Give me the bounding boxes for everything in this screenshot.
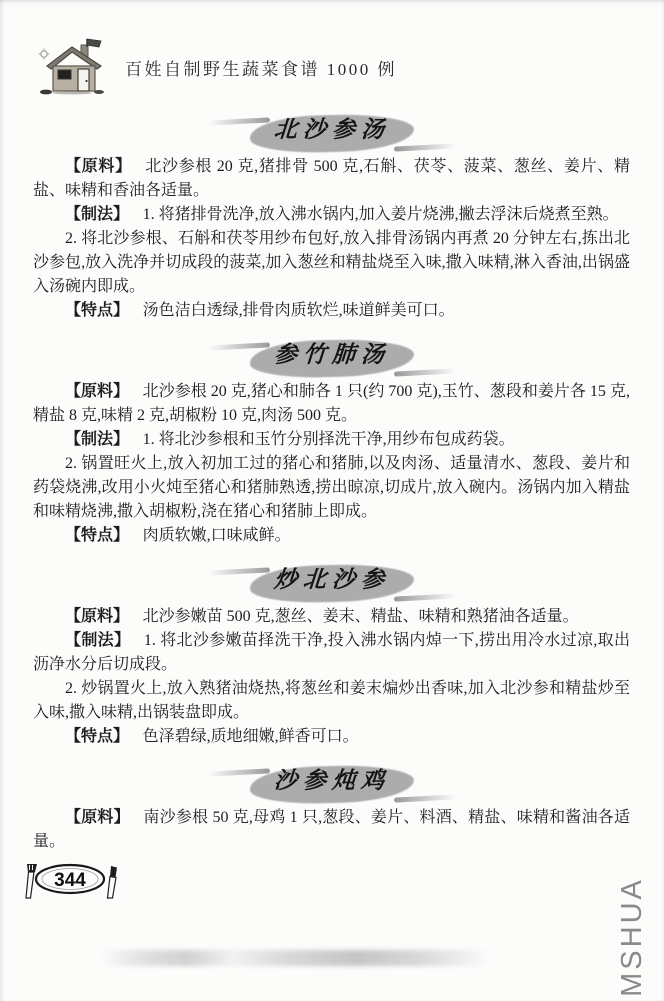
recipe-title: 炒北沙参 (272, 561, 391, 599)
paragraph-text: 北沙参嫩苗 500 克,葱丝、姜末、精盐、味精和熟猪油各适量。 (143, 608, 579, 625)
paragraph-text: 1. 将猪排骨洗净,放入沸水锅内,加入姜片烧沸,撇去浮沫后烧煮至熟。 (143, 206, 619, 223)
paragraph-label: 【原料】 (65, 383, 129, 400)
paragraph-label: 【原料】 (65, 158, 132, 175)
paragraph-label: 【特点】 (65, 527, 129, 544)
book-title: 百姓自制野生蔬菜食谱 1000 例 (125, 55, 397, 84)
brush-streak-right (393, 143, 455, 151)
paragraph-label: 【原料】 (65, 809, 130, 826)
recipe-paragraph: 【制法】1. 将北沙参根和玉竹分别择洗干净,用纱布包成药袋。 (33, 428, 630, 452)
recipe-section-chaobeishashen: 炒北沙参 【原料】北沙参嫩苗 500 克,葱丝、姜末、精盐、味精和熟猪油各适量。… (33, 560, 630, 749)
brush-streak-left (207, 567, 269, 575)
paragraph-label: 【制法】 (65, 632, 130, 649)
brush-stroke: 北沙参汤 (258, 110, 406, 153)
recipe-section-beishashentang: 北沙参汤 【原料】北沙参根 20 克,猪排骨 500 克,石斛、茯苓、菠菜、葱丝… (33, 110, 630, 323)
recipe-title: 沙参炖鸡 (272, 762, 391, 800)
recipe-paragraph: 【原料】北沙参根 20 克,猪心和肺各 1 只(约 700 克),玉竹、葱段和姜… (33, 380, 630, 428)
page-header: 百姓自制野生蔬菜食谱 1000 例 (33, 40, 630, 98)
recipe-section-shashendunji: 沙参炖鸡 【原料】南沙参根 50 克,母鸡 1 只,葱段、姜片、料酒、精盐、味精… (33, 761, 630, 854)
paragraph-text: 2. 锅置旺火上,放入初加工过的猪心和猪肺,以及肉汤、适量清水、葱段、姜片和药袋… (33, 455, 630, 520)
paragraph-text: 色泽碧绿,质地细嫩,鲜香可口。 (143, 728, 359, 745)
recipe-paragraph: 【特点】色泽碧绿,质地细嫩,鲜香可口。 (33, 725, 630, 749)
recipe-paragraph: 【原料】北沙参根 20 克,猪排骨 500 克,石斛、茯苓、菠菜、葱丝、姜片、精… (33, 155, 630, 203)
brush-streak-right (393, 794, 455, 802)
recipe-title-row: 炒北沙参 (33, 560, 630, 598)
recipe-paragraph: 【特点】汤色洁白透绿,排骨肉质软烂,味道鲜美可口。 (33, 299, 630, 323)
recipe-paragraph: 【制法】1. 将北沙参嫩苗择洗干净,投入沸水锅内焯一下,捞出用冷水过凉,取出沥净… (33, 629, 630, 677)
recipe-paragraph: 【制法】1. 将猪排骨洗净,放入沸水锅内,加入姜片烧沸,撇去浮沫后烧煮至熟。 (33, 203, 630, 227)
brush-stroke: 参竹肺汤 (258, 335, 406, 378)
house-icon (35, 38, 109, 101)
brush-streak-left (207, 342, 269, 350)
recipe-title-row: 北沙参汤 (33, 110, 630, 148)
recipe-paragraph: 【原料】北沙参嫩苗 500 克,葱丝、姜末、精盐、味精和熟猪油各适量。 (33, 605, 630, 629)
recipe-title: 北沙参汤 (272, 111, 391, 149)
page-number: 344 (54, 870, 86, 891)
recipe-paragraph: 【特点】肉质软嫩,口味咸鲜。 (33, 524, 630, 548)
book-page: 百姓自制野生蔬菜食谱 1000 例 北沙参汤 【原料】北沙参根 20 克,猪排骨… (0, 0, 664, 1001)
recipe-title-row: 参竹肺汤 (33, 335, 630, 373)
paragraph-text: 2. 将北沙参根、石斛和茯苓用纱布包好,放入排骨汤锅内再煮 20 分钟左右,拣出… (33, 230, 630, 295)
paragraph-text: 2. 炒锅置火上,放入熟猪油烧热,将葱丝和姜末煸炒出香味,加入北沙参和精盐炒至入… (33, 680, 630, 721)
paragraph-label: 【制法】 (65, 431, 129, 448)
paragraph-text: 汤色洁白透绿,排骨肉质软烂,味道鲜美可口。 (143, 302, 455, 319)
recipe-section-shenzhufeitang: 参竹肺汤 【原料】北沙参根 20 克,猪心和肺各 1 只(约 700 克),玉竹… (33, 335, 630, 548)
recipe-paragraph: 2. 炒锅置火上,放入熟猪油烧热,将葱丝和姜末煸炒出香味,加入北沙参和精盐炒至入… (33, 677, 630, 725)
brush-streak-left (207, 768, 269, 776)
knife-icon (108, 866, 118, 898)
recipe-title-row: 沙参炖鸡 (33, 761, 630, 799)
brush-streak-right (393, 368, 455, 376)
watermark: MSHUA (612, 867, 652, 1001)
brush-stroke: 沙参炖鸡 (258, 761, 406, 804)
paragraph-label: 【制法】 (65, 206, 129, 223)
recipe-paragraph: 2. 将北沙参根、石斛和茯苓用纱布包好,放入排骨汤锅内再煮 20 分钟左右,拣出… (33, 227, 630, 299)
recipe-paragraph: 2. 锅置旺火上,放入初加工过的猪心和猪肺,以及肉汤、适量清水、葱段、姜片和药袋… (33, 452, 630, 524)
brush-streak-right (393, 593, 455, 601)
paragraph-text: 1. 将北沙参根和玉竹分别择洗干净,用纱布包成药袋。 (143, 431, 515, 448)
recipe-title: 参竹肺汤 (272, 336, 391, 374)
paragraph-text: 肉质软嫩,口味咸鲜。 (143, 527, 291, 544)
paragraph-label: 【特点】 (65, 728, 129, 745)
paragraph-label: 【特点】 (65, 302, 129, 319)
paragraph-label: 【原料】 (65, 608, 129, 625)
brush-streak-left (207, 117, 269, 125)
page-number-badge: 344 (17, 862, 630, 907)
page-content: 百姓自制野生蔬菜食谱 1000 例 北沙参汤 【原料】北沙参根 20 克,猪排骨… (0, 40, 664, 907)
scan-smudge (100, 950, 490, 966)
recipe-paragraph: 【原料】南沙参根 50 克,母鸡 1 只,葱段、姜片、料酒、精盐、味精和酱油各适… (33, 806, 630, 854)
brush-stroke: 炒北沙参 (258, 560, 406, 603)
